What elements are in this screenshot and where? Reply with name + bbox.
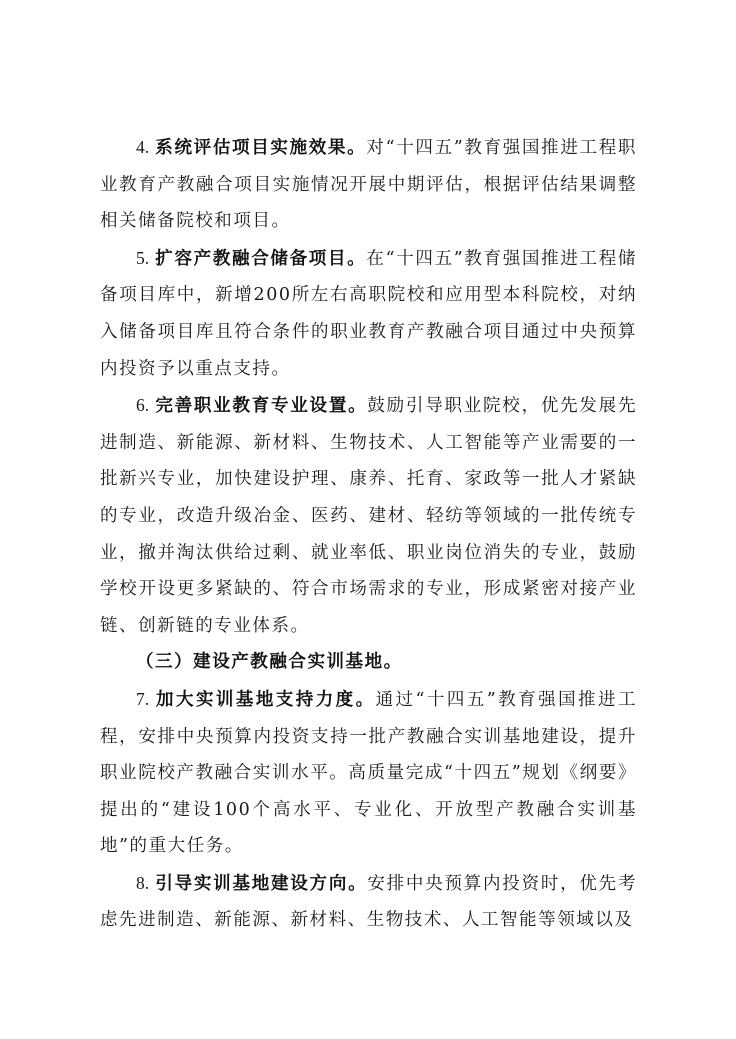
item-number: 6. [136, 395, 149, 415]
item-lead-title: 引导实训基地建设方向。 [155, 874, 367, 894]
item-lead-title: 系统评估项目实施效果。 [155, 138, 366, 158]
section-heading: （三）建设产教融合实训基地。 [100, 644, 637, 681]
item-lead-title: 加大实训基地支持力度。 [155, 690, 375, 710]
item-number: 5. [136, 248, 149, 268]
document-page: 4.系统评估项目实施效果。对“十四五”教育强国推进工程职业教育产教融合项目实施情… [100, 129, 637, 939]
paragraph-item-8: 8.引导实训基地建设方向。安排中央预算内投资时，优先考虑先进制造、新能源、新材料… [100, 865, 637, 939]
item-lead-title: 完善职业教育专业设置。 [155, 396, 367, 416]
item-number: 8. [136, 873, 149, 893]
paragraph-item-7: 7.加大实训基地支持力度。通过“十四五”教育强国推进工程，安排中央预算内投资支持… [100, 681, 637, 865]
paragraph-item-6: 6.完善职业教育专业设置。鼓励引导职业院校，优先发展先进制造、新能源、新材料、生… [100, 387, 637, 644]
paragraph-item-5: 5.扩容产教融合储备项目。在“十四五”教育强国推进工程储备项目库中，新增200所… [100, 240, 637, 387]
item-number: 4. [136, 137, 149, 157]
item-body: 通过“十四五”教育强国推进工程，安排中央预算内投资支持一批产教融合实训基地建设，… [100, 690, 637, 856]
paragraph-item-4: 4.系统评估项目实施效果。对“十四五”教育强国推进工程职业教育产教融合项目实施情… [100, 129, 637, 240]
item-body: 鼓励引导职业院校，优先发展先进制造、新能源、新材料、生物技术、人工智能等产业需要… [100, 396, 637, 636]
item-number: 7. [136, 689, 149, 709]
item-lead-title: 扩容产教融合储备项目。 [155, 249, 366, 269]
